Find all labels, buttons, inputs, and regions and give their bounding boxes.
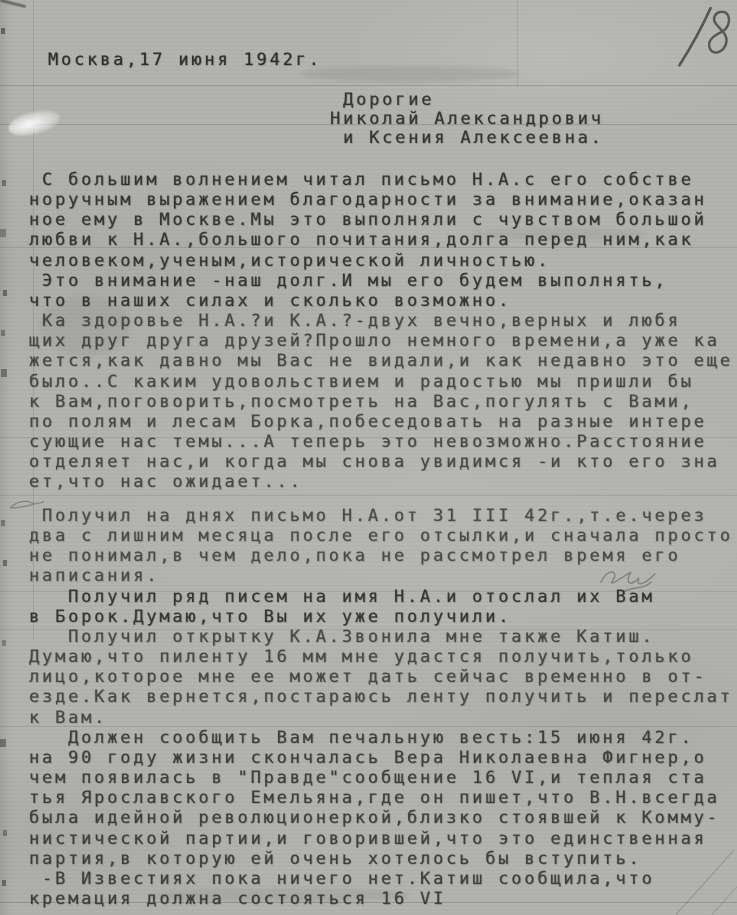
paper-damage-spot (6, 106, 62, 140)
letter-line: что в наших силах и сколько возможно. (29, 291, 733, 311)
letter-line: лицо,которое мне ее может дать сейчас вр… (29, 667, 733, 687)
letter-line: кремация должна состояться 16 VI (29, 889, 733, 909)
handwritten-page-number (672, 1, 737, 83)
letter-body-section-1: С большим волнением читал письмо Н.А.с е… (29, 170, 733, 493)
bleedthrough-smudge (300, 66, 520, 82)
letter-line: щих друг друга друзей?Прошло немного вре… (29, 331, 733, 351)
greeting-line: Дорогие (330, 91, 604, 110)
letter-line: чем появилась в "Правде"сообщение 16 VI,… (29, 768, 733, 788)
scan-edge-specks (1, 28, 5, 34)
letter-line: Получил на днях письмо Н.А.от 31 III 42г… (29, 506, 733, 526)
handwritten-18-glyph (673, 1, 737, 79)
letter-line: Это внимание -наш долг.И мы его будем вы… (29, 271, 733, 291)
letter-line: написания. (29, 566, 733, 586)
letter-line: на 90 году жизни скончалась Вера Николае… (29, 748, 733, 768)
letter-line: тья Ярославского Емельяна,где он пишет,ч… (29, 788, 733, 808)
letter-body-section-2: Получил на днях письмо Н.А.от 31 III 42г… (29, 506, 733, 909)
letter-line: -В Известиях пока ничего нет.Катиш сообщ… (29, 869, 733, 889)
letter-line: ет,что нас ожидает... (29, 472, 733, 492)
letter-line: норучным выражением благодарности за вни… (29, 190, 733, 210)
letter-line: С большим волнением читал письмо Н.А.с е… (29, 170, 733, 190)
letter-scan-page: Москва,17 июня 1942г. ДорогиеНиколай Але… (0, 0, 737, 915)
letter-line: сующие нас темы...А теперь это невозможн… (29, 432, 733, 452)
letter-line: в Борок.Думаю,что Вы их уже получили. (29, 607, 733, 627)
letter-greeting: ДорогиеНиколай Александрович и Ксения Ал… (330, 91, 604, 149)
letter-line: нистической партии,и говорившей,что это … (29, 829, 733, 849)
greeting-line: и Ксения Алексеевна. (330, 129, 604, 148)
letter-line: к Вам,поговорить,посмотреть на Вас,погул… (29, 392, 733, 412)
fold-crease (0, 85, 737, 86)
letter-line: Получил открытку К.А.Звонила мне также К… (29, 627, 733, 647)
letter-line: отделяет нас,и когда мы снова увидимся -… (29, 452, 733, 472)
greeting-line: Николай Александрович (330, 110, 604, 129)
letter-line: Должен сообщить Вам печальную весть:15 и… (29, 728, 733, 748)
letter-line: любви к Н.А.,большого почитания,долга пе… (29, 230, 733, 250)
letter-line: Получил ряд писем на имя Н.А.и отослал и… (29, 587, 733, 607)
letter-line: была идейной революционеркой,близко стоя… (29, 808, 733, 828)
letter-line: партия,в которую ей очень хотелось бы вс… (29, 849, 733, 869)
letter-line: человеком,ученым,исторической личностью. (29, 251, 733, 271)
fold-crease (0, 495, 737, 496)
letter-dateline: Москва,17 июня 1942г. (48, 50, 322, 70)
corner-mark (0, 0, 26, 8)
letter-line: к Вам. (29, 708, 733, 728)
letter-line: два с лишним месяца после его отсылки,и … (29, 526, 733, 546)
letter-line: было..С каким удовольствием и радостью м… (29, 372, 733, 392)
letter-line: езде.Как вернется,постараюсь ленту получ… (29, 687, 733, 707)
letter-line: Думаю,что пиленту 16 мм мне удастся полу… (29, 647, 733, 667)
letter-line: ное ему в Москве.Мы это выполняли с чувс… (29, 210, 733, 230)
letter-line: не понимал,в чем дело,пока не рассмотрел… (29, 546, 733, 566)
letter-line: по полям и лесам Борка,побеседовать на р… (29, 412, 733, 432)
letter-line: Ка здоровье Н.А.?и К.А.?-двух вечно,верн… (29, 311, 733, 331)
letter-line: жется,как давно мы Вас не видали,и как н… (29, 351, 733, 371)
